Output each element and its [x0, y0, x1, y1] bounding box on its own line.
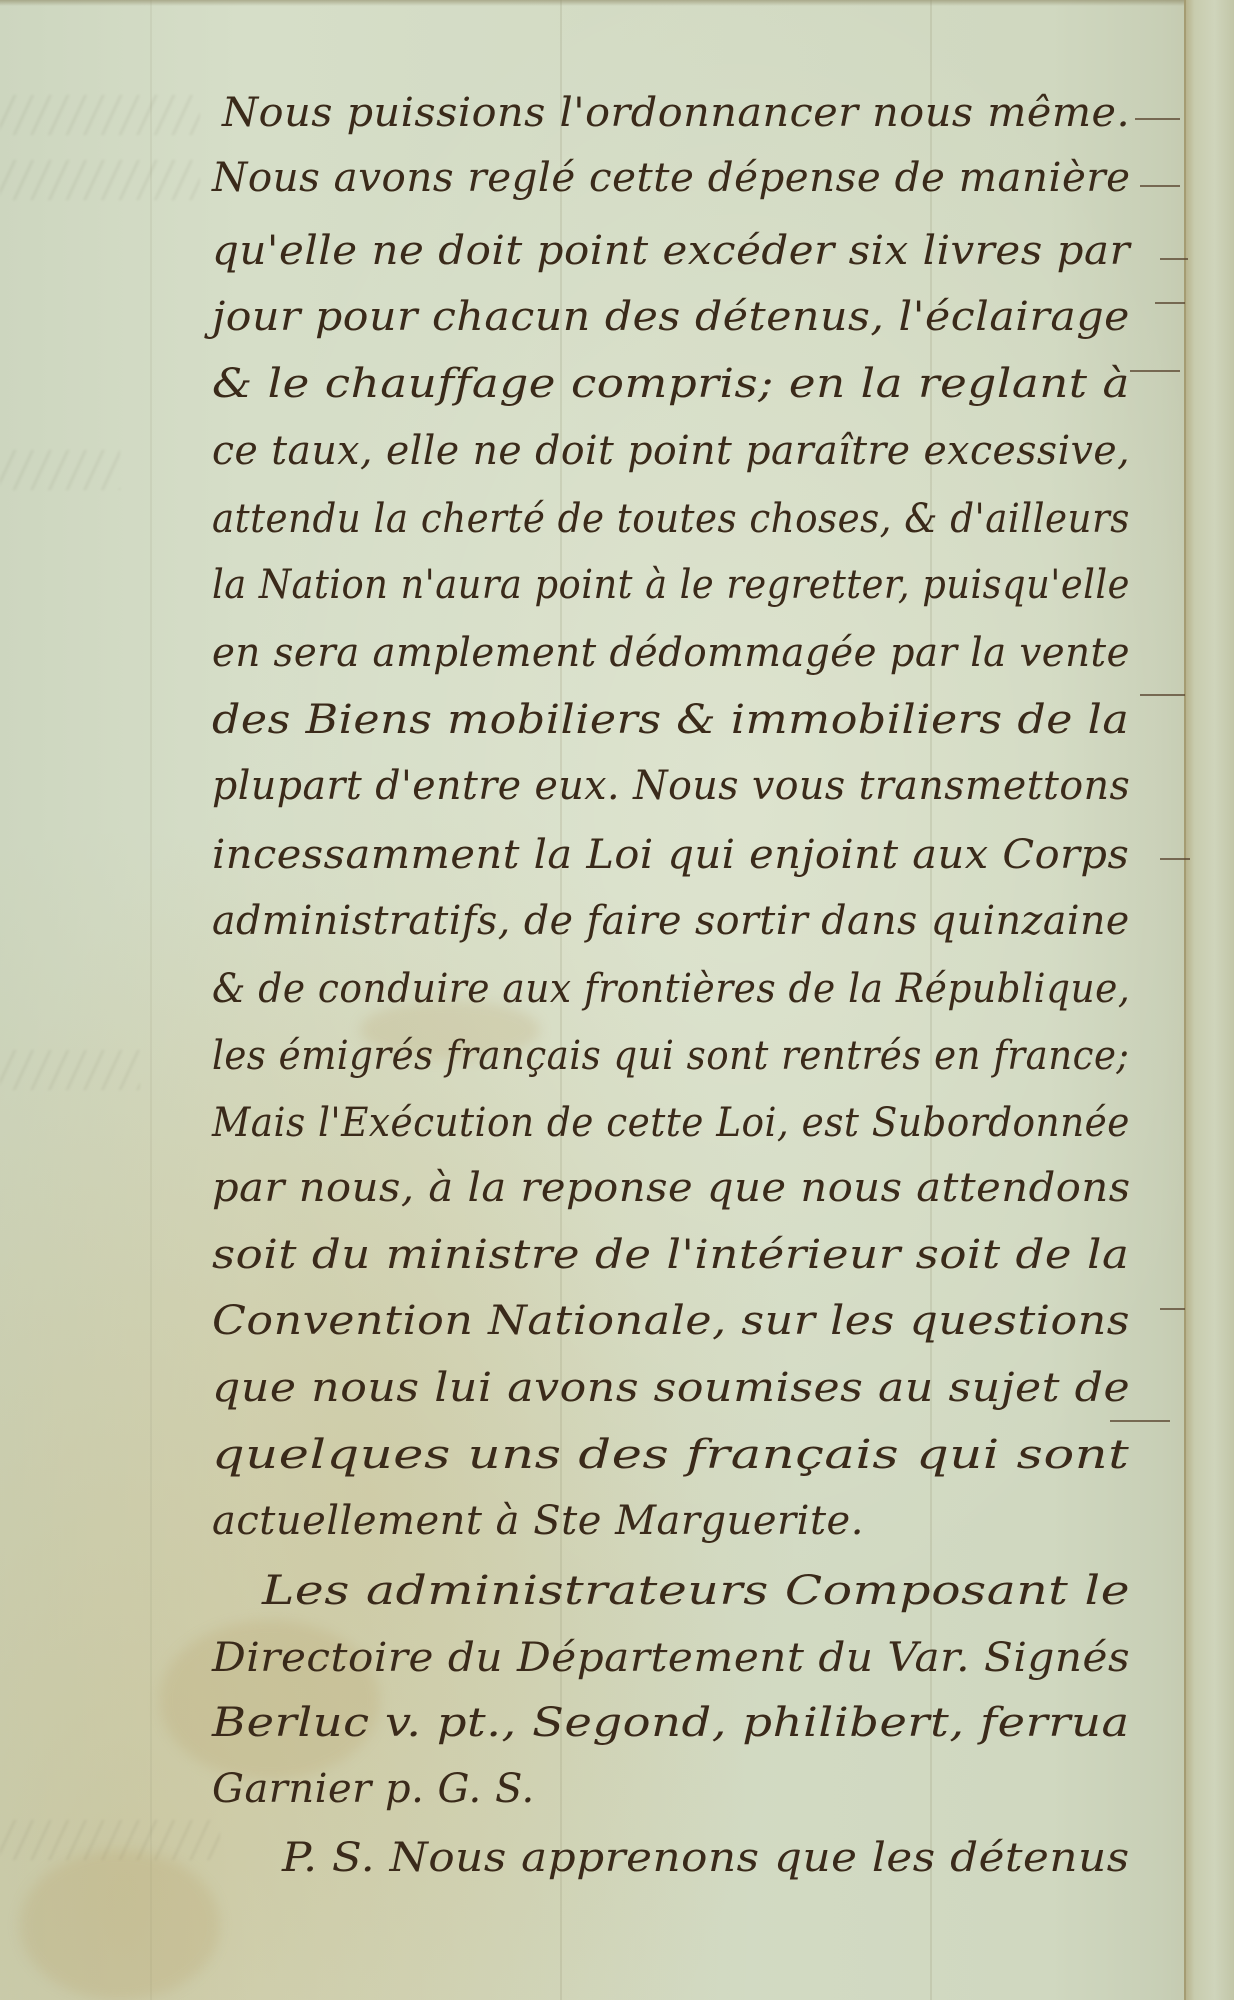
- line-filler-dash: [1160, 258, 1188, 260]
- text-line: que nous lui avons soumises au sujet de: [212, 1365, 1130, 1411]
- text-line: attendu la cherté de toutes choses, & d'…: [212, 496, 1130, 542]
- text-line: Nous puissions l'ordonnancer nous même.: [222, 90, 1130, 136]
- line-filler-dash: [1140, 185, 1180, 187]
- line-filler-dash: [1135, 118, 1180, 120]
- text-line: & le chauffage compris; en la reglant à: [212, 361, 1130, 407]
- text-line: incessamment la Loi qui enjoint aux Corp…: [212, 832, 1129, 878]
- line-filler-dash: [1140, 694, 1185, 696]
- binding-edge: [1184, 0, 1234, 2000]
- manuscript-page: Nous puissions l'ordonnancer nous même. …: [0, 0, 1234, 2000]
- line-filler-dash: [1160, 858, 1190, 860]
- text-line: plupart d'entre eux. Nous vous transmett…: [212, 763, 1130, 809]
- signature-names: Garnier p. G. S.: [212, 1766, 535, 1812]
- text-line: Mais l'Exécution de cette Loi, est Subor…: [212, 1100, 1130, 1146]
- text-line: en sera amplement dédommagée par la vent…: [212, 630, 1130, 676]
- signature-names: Berluc v. pt., Segond, philibert, ferrua: [212, 1700, 1130, 1746]
- text-line: & de conduire aux frontières de la Répub…: [212, 966, 1130, 1012]
- fold-crease: [150, 0, 152, 2000]
- text-line: administratifs, de faire sortir dans qui…: [212, 898, 1130, 944]
- line-filler-dash: [1155, 302, 1185, 304]
- bleed-through-ink: [0, 160, 200, 200]
- text-line: jour pour chacun des détenus, l'éclairag…: [212, 294, 1130, 340]
- signature-line: Directoire du Département du Var. Signés: [212, 1635, 1130, 1681]
- text-line: la Nation n'aura point à le regretter, p…: [212, 562, 1130, 608]
- line-filler-dash: [1160, 1308, 1185, 1310]
- text-line: ce taux, elle ne doit point paraître exc…: [212, 428, 1130, 474]
- line-filler-dash: [1130, 370, 1180, 372]
- line-filler-dash: [1110, 1420, 1170, 1422]
- text-line: soit du ministre de l'intérieur soit de …: [212, 1232, 1129, 1278]
- bleed-through-ink: [0, 95, 200, 135]
- page-top-edge: [0, 0, 1234, 6]
- signature-line: Les administrateurs Composant le: [262, 1568, 1130, 1614]
- bleed-through-ink: [0, 1050, 140, 1090]
- text-line: les émigrés français qui sont rentrés en…: [212, 1033, 1129, 1079]
- text-line: quelques uns des français qui sont: [212, 1432, 1129, 1478]
- paper-stain: [20, 1850, 220, 2000]
- text-line: par nous, à la reponse que nous attendon…: [212, 1165, 1131, 1211]
- text-line: Nous avons reglé cette dépense de manièr…: [212, 155, 1131, 201]
- text-line: des Biens mobiliers & immobiliers de la: [212, 697, 1129, 743]
- text-line: Convention Nationale, sur les questions: [212, 1298, 1130, 1344]
- bleed-through-ink: [0, 450, 120, 490]
- text-line: qu'elle ne doit point excéder six livres…: [212, 228, 1130, 274]
- text-line: actuellement à Ste Marguerite.: [212, 1498, 864, 1544]
- postscript-line: P. S. Nous apprenons que les détenus: [282, 1835, 1130, 1881]
